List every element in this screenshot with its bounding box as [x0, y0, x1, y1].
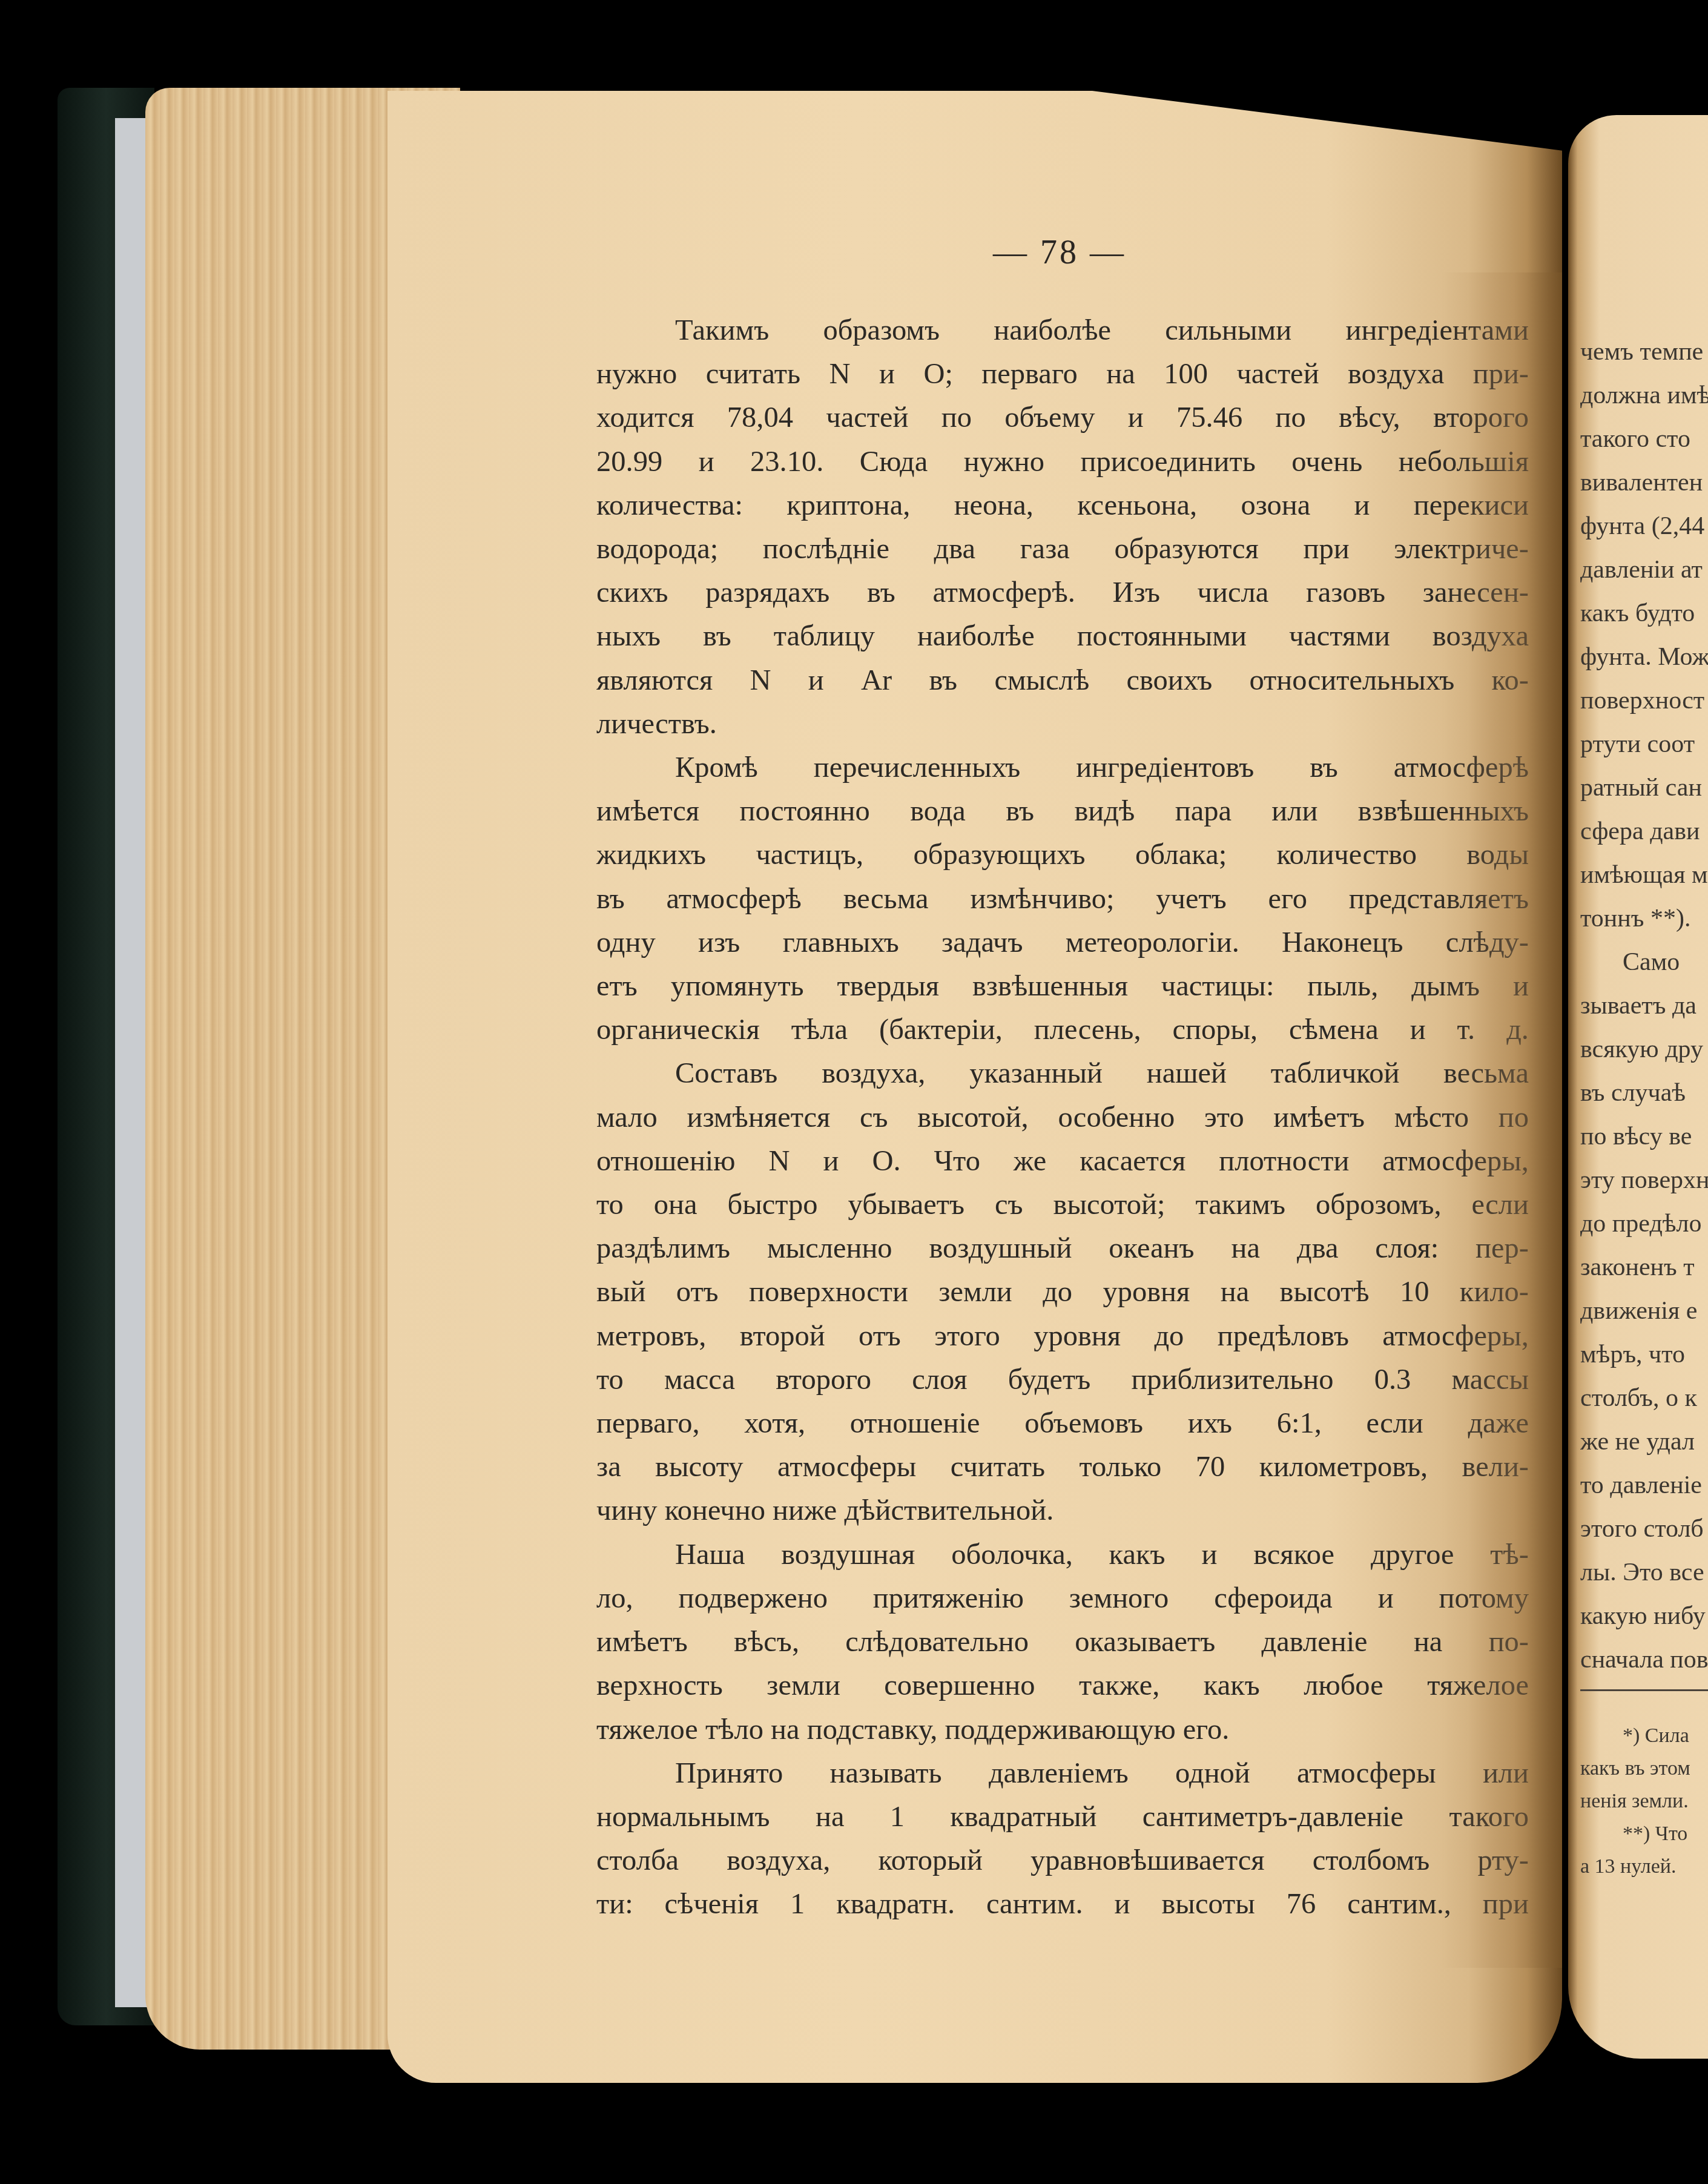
text-line: верхность земли совершенно также, какъ л…: [596, 1664, 1529, 1707]
text-line: въ случаѣ: [1580, 1071, 1708, 1115]
footnotes: *) Силакакъ въ этомненія земли.**) Чтоа …: [1580, 1720, 1708, 1883]
text-line: вивалентен: [1580, 461, 1708, 504]
footnote-rule: [1580, 1689, 1708, 1691]
text-line: сначала пов: [1580, 1638, 1708, 1681]
text-line: ртути соот: [1580, 722, 1708, 766]
text-line: то давленіе: [1580, 1463, 1708, 1507]
text-line: законенъ т: [1580, 1245, 1708, 1289]
text-line: какъ будто: [1580, 592, 1708, 635]
text-line: фунта (2,44: [1580, 504, 1708, 548]
text-line: являются N и Ar въ смыслѣ своихъ относит…: [596, 659, 1529, 702]
text-line: тяжелое тѣло на подставку, поддерживающу…: [596, 1708, 1529, 1752]
text-line: мало измѣняется съ высотой, особенно это…: [596, 1096, 1529, 1140]
text-line: имѣется постоянно вода въ видѣ пара или …: [596, 790, 1529, 833]
right-page-text: чемъ темпедолжна имѣтакого стовивалентен…: [1580, 330, 1708, 1681]
text-line: органическія тѣла (бактеріи, плесень, сп…: [596, 1008, 1529, 1052]
text-line: Принято называть давленіемъ одной атмосф…: [596, 1752, 1529, 1795]
text-line: ло, подвержено притяженію земного сферои…: [596, 1577, 1529, 1620]
text-line: мѣръ, что: [1580, 1333, 1708, 1376]
text-line: такого сто: [1580, 417, 1708, 461]
text-line: перваго, хотя, отношеніе объемовъ ихъ 6:…: [596, 1402, 1529, 1445]
text-line: лы. Это все: [1580, 1551, 1708, 1594]
text-line: имѣющая м: [1580, 853, 1708, 897]
text-line: етъ упомянуть твердыя взвѣшенныя частицы…: [596, 965, 1529, 1008]
text-line: зываетъ да: [1580, 984, 1708, 1028]
text-line: личествъ.: [596, 702, 1529, 746]
text-line: метровъ, второй отъ этого уровня до пред…: [596, 1315, 1529, 1358]
text-line: то масса второго слоя будетъ приблизител…: [596, 1358, 1529, 1402]
text-line: Составъ воздуха, указанный нашей табличк…: [596, 1052, 1529, 1095]
text-line: всякую дру: [1580, 1028, 1708, 1071]
page-number: — 78 —: [993, 233, 1126, 272]
text-line: движенія е: [1580, 1289, 1708, 1333]
text-line: нормальнымъ на 1 квадратный сантиметръ-д…: [596, 1795, 1529, 1839]
text-line: отношенію N и O. Что же касается плотнос…: [596, 1140, 1529, 1183]
text-line: ненія земли.: [1580, 1785, 1708, 1818]
text-line: Наша воздушная оболочка, какъ и всякое д…: [596, 1533, 1529, 1577]
text-line: **) Что: [1580, 1818, 1708, 1850]
text-line: *) Сила: [1580, 1720, 1708, 1752]
text-line: имѣетъ вѣсъ, слѣдовательно оказываетъ да…: [596, 1620, 1529, 1664]
text-line: Такимъ образомъ наиболѣе сильными ингред…: [596, 309, 1529, 352]
text-line: этого столб: [1580, 1507, 1708, 1551]
left-page-text: Такимъ образомъ наиболѣе сильными ингред…: [596, 309, 1529, 1927]
text-line: эту поверхн: [1580, 1158, 1708, 1202]
text-line: ныхъ въ таблицу наиболѣе постоянными час…: [596, 615, 1529, 658]
text-line: раздѣлимъ мысленно воздушный океанъ на д…: [596, 1227, 1529, 1270]
text-line: ти: сѣченія 1 квадратн. сантим. и высоты…: [596, 1882, 1529, 1926]
text-line: количества: криптона, неона, ксеньона, о…: [596, 484, 1529, 527]
text-line: должна имѣ: [1580, 374, 1708, 417]
text-line: а 13 нулей.: [1580, 1850, 1708, 1883]
text-line: одну изъ главныхъ задачъ метеорологіи. Н…: [596, 921, 1529, 965]
text-line: чину конечно ниже дѣйствительной.: [596, 1489, 1529, 1532]
text-line: столба воздуха, который уравновѣшивается…: [596, 1839, 1529, 1882]
text-line: нужно считать N и O; перваго на 100 част…: [596, 352, 1529, 396]
text-line: Кромѣ перечисленныхъ ингредіентовъ въ ат…: [596, 746, 1529, 790]
text-line: 20.99 и 23.10. Сюда нужно присоединить о…: [596, 440, 1529, 484]
text-line: ратный сан: [1580, 766, 1708, 810]
text-line: же не удал: [1580, 1420, 1708, 1463]
text-line: фунта. Мож: [1580, 635, 1708, 679]
text-line: до предѣло: [1580, 1202, 1708, 1245]
text-line: давленіи ат: [1580, 548, 1708, 592]
text-line: какую нибу: [1580, 1594, 1708, 1638]
text-line: то она быстро убываетъ съ высотой; таким…: [596, 1183, 1529, 1227]
text-line: какъ въ этом: [1580, 1752, 1708, 1785]
text-line: Само: [1580, 940, 1708, 984]
text-line: ходится 78,04 частей по объему и 75.46 п…: [596, 396, 1529, 440]
text-line: тоннъ **).: [1580, 897, 1708, 940]
text-line: скихъ разрядахъ въ атмосферѣ. Изъ числа …: [596, 571, 1529, 615]
text-line: за высоту атмосферы считать только 70 ки…: [596, 1445, 1529, 1489]
text-line: поверхност: [1580, 679, 1708, 722]
text-line: по вѣсу ве: [1580, 1115, 1708, 1158]
text-line: водорода; послѣдніе два газа образуются …: [596, 527, 1529, 571]
text-line: сфера дави: [1580, 810, 1708, 853]
text-line: вый отъ поверхности земли до уровня на в…: [596, 1270, 1529, 1314]
text-line: жидкихъ частицъ, образующихъ облака; кол…: [596, 833, 1529, 877]
text-line: столбъ, о к: [1580, 1376, 1708, 1420]
text-line: чемъ темпе: [1580, 330, 1708, 374]
text-line: въ атмосферѣ весьма измѣнчиво; учетъ его…: [596, 877, 1529, 921]
